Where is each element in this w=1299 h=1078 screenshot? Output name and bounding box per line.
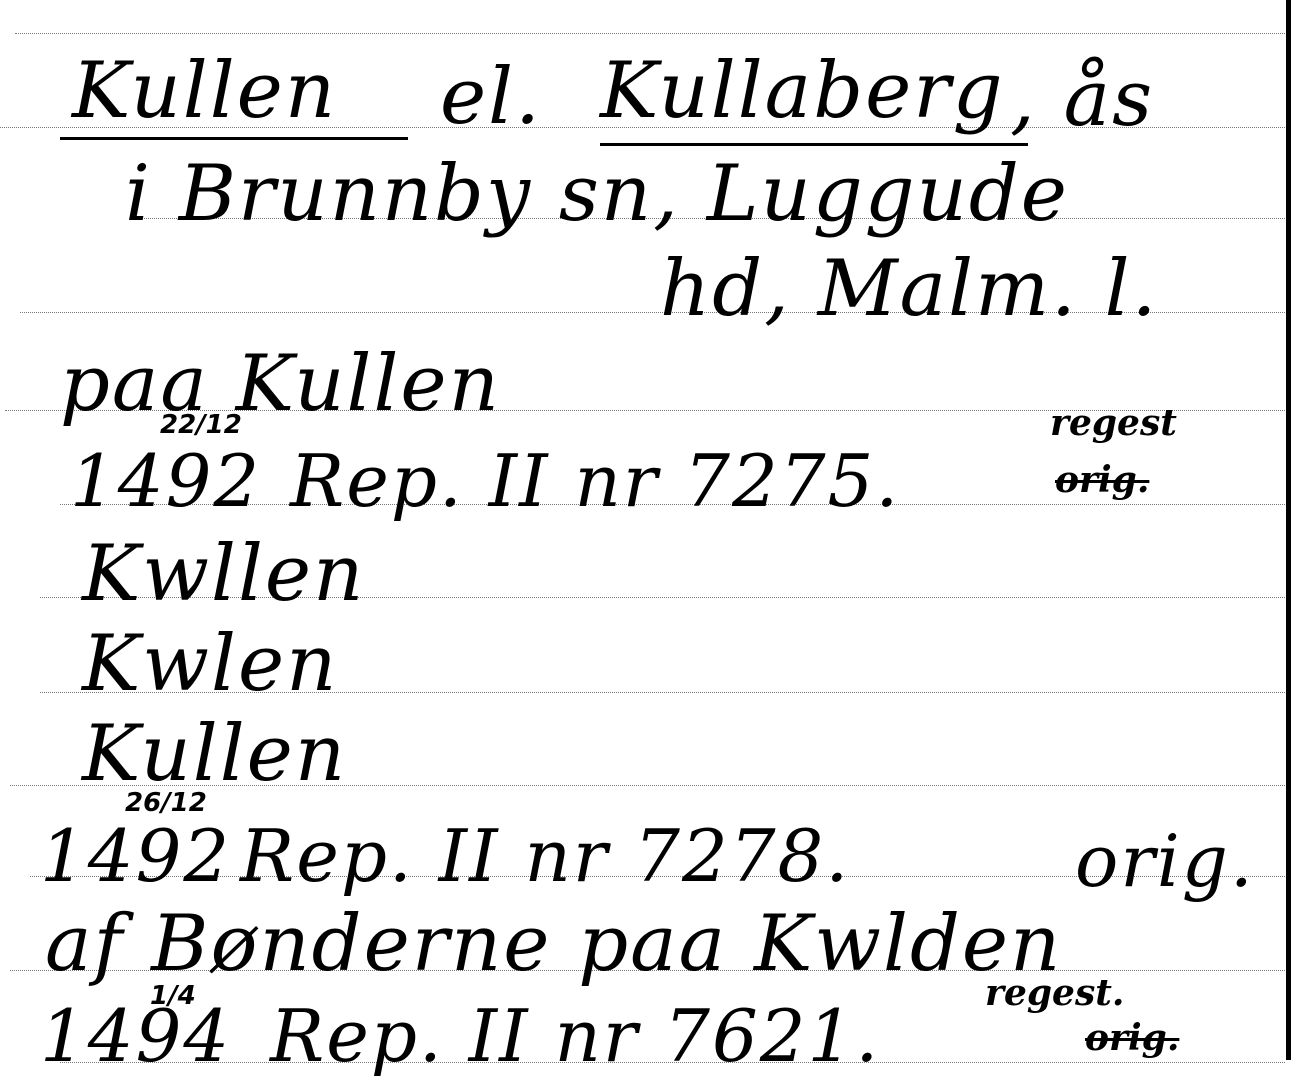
heading-name: Kullen: [72, 52, 337, 130]
entry2-year: 1492: [40, 820, 231, 892]
variant-form-3: Kullen: [82, 715, 347, 793]
ruled-line: [15, 33, 1285, 34]
entry3-note-regest: regest.: [985, 975, 1124, 1011]
location-line1: i Brunnby sn, Luggude: [125, 155, 1069, 233]
entry3-ref: Rep. II nr 7621.: [270, 1000, 880, 1072]
heading-alt-name-underline: [600, 143, 1028, 146]
entry1-note-regest: regest: [1050, 405, 1177, 441]
card-right-border: [1286, 0, 1291, 1060]
heading-suffix: , ås: [1010, 60, 1154, 138]
variant-form-1: Kwllen: [82, 535, 365, 613]
entry2-date: 26/12: [125, 790, 207, 816]
location-line2: hd, Malm. l.: [660, 250, 1158, 328]
heading-alt-name: Kullaberg: [600, 52, 1005, 130]
entry2-note-orig: orig.: [1075, 825, 1255, 897]
variant-form-2: Kwlen: [82, 625, 338, 703]
index-card: Kullen el. Kullaberg , ås i Brunnby sn, …: [0, 0, 1299, 1078]
heading-name-underline: [60, 137, 408, 140]
entry3-note-orig-struck: orig.: [1085, 1020, 1179, 1056]
entry3-form: af Bønderne paa Kwlden: [45, 905, 1062, 983]
entry1-note-orig-struck: orig.: [1055, 462, 1149, 498]
heading-conj: el.: [440, 58, 542, 136]
entry1-form: paa Kullen: [60, 345, 501, 423]
entry1-date: 22/12: [160, 412, 242, 438]
entry2-ref: Rep. II nr 7278.: [240, 820, 850, 892]
entry1-ref: Rep. II nr 7275.: [290, 445, 900, 517]
entry3-year: 1494: [40, 1000, 231, 1072]
entry1-year: 1492: [70, 445, 261, 517]
